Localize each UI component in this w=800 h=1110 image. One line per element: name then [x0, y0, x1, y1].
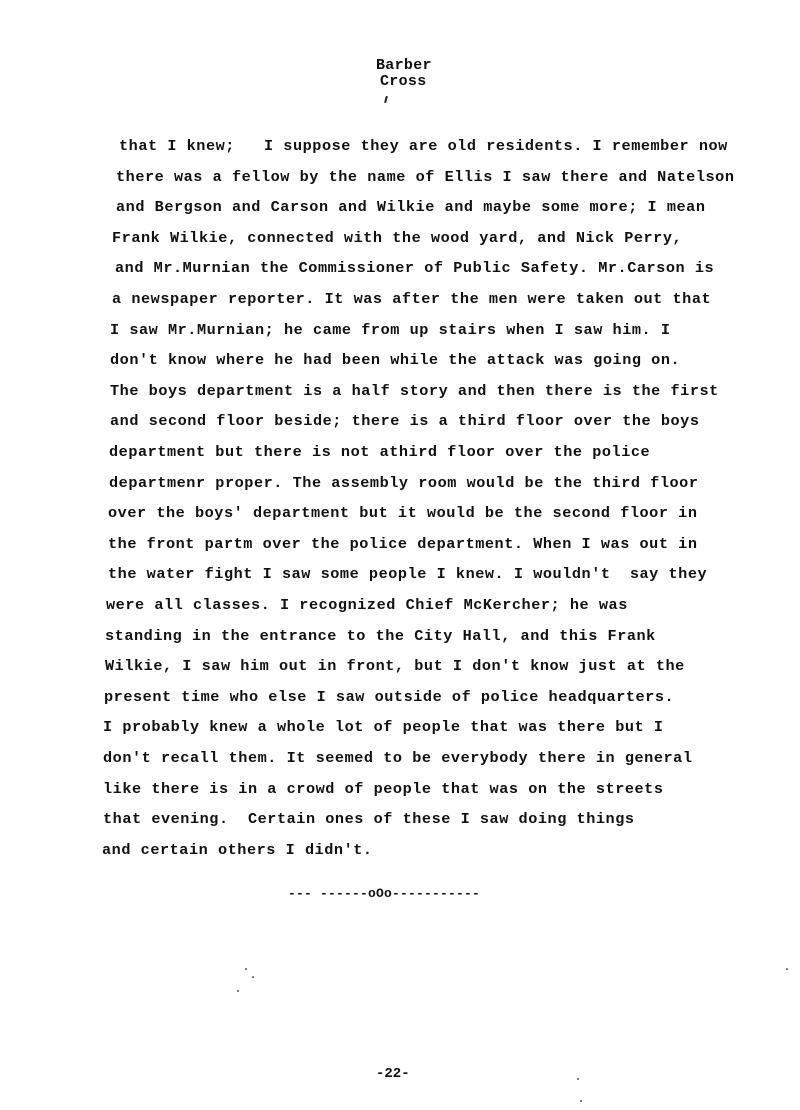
- text-line: a newspaper reporter. It was after the m…: [112, 290, 711, 308]
- scan-speck: [577, 1078, 579, 1080]
- section-divider: --- ------oOo-----------: [288, 886, 480, 901]
- text-line: Frank Wilkie, connected with the wood ya…: [112, 229, 682, 247]
- text-line: I probably knew a whole lot of people th…: [103, 718, 664, 736]
- scan-speck: [580, 1100, 582, 1102]
- text-line: department but there is not athird floor…: [109, 443, 650, 461]
- text-line: present time who else I saw outside of p…: [104, 688, 674, 706]
- text-line: Wilkie, I saw him out in front, but I do…: [105, 657, 685, 675]
- text-line: and certain others I didn't.: [102, 841, 373, 859]
- text-line: don't recall them. It seemed to be every…: [103, 749, 693, 767]
- text-line: were all classes. I recognized Chief McK…: [106, 596, 628, 614]
- document-page: Barber Cross that I knew; I suppose they…: [0, 0, 800, 1110]
- text-line: over the boys' department but it would b…: [108, 504, 698, 522]
- header-witness-name: Barber: [376, 58, 432, 74]
- header-examination-type: Cross: [376, 74, 432, 90]
- text-line: and second floor beside; there is a thir…: [110, 412, 700, 430]
- scan-speck: [245, 968, 247, 970]
- text-line: that I knew; I suppose they are old resi…: [119, 137, 728, 155]
- text-line: I saw Mr.Murnian; he came from up stairs…: [110, 321, 671, 339]
- text-line: standing in the entrance to the City Hal…: [105, 627, 656, 645]
- text-line: and Bergson and Carson and Wilkie and ma…: [116, 198, 706, 216]
- text-line: departmenr proper. The assembly room wou…: [109, 474, 699, 492]
- scan-speck: [786, 968, 788, 970]
- text-line: like there is in a crowd of people that …: [103, 780, 664, 798]
- text-line: the water fight I saw some people I knew…: [108, 565, 707, 583]
- text-line: the front partm over the police departme…: [108, 535, 698, 553]
- text-line: there was a fellow by the name of Ellis …: [116, 168, 735, 186]
- page-header: Barber Cross: [376, 58, 432, 90]
- text-line: The boys department is a half story and …: [110, 382, 719, 400]
- text-line: don't know where he had been while the a…: [110, 351, 680, 369]
- scan-speck: [252, 976, 254, 978]
- text-line: and Mr.Murnian the Commissioner of Publi…: [115, 259, 714, 277]
- page-number: -22-: [376, 1066, 410, 1082]
- text-line: that evening. Certain ones of these I sa…: [103, 810, 635, 828]
- scan-speck: [237, 990, 239, 992]
- stray-mark: [384, 96, 388, 103]
